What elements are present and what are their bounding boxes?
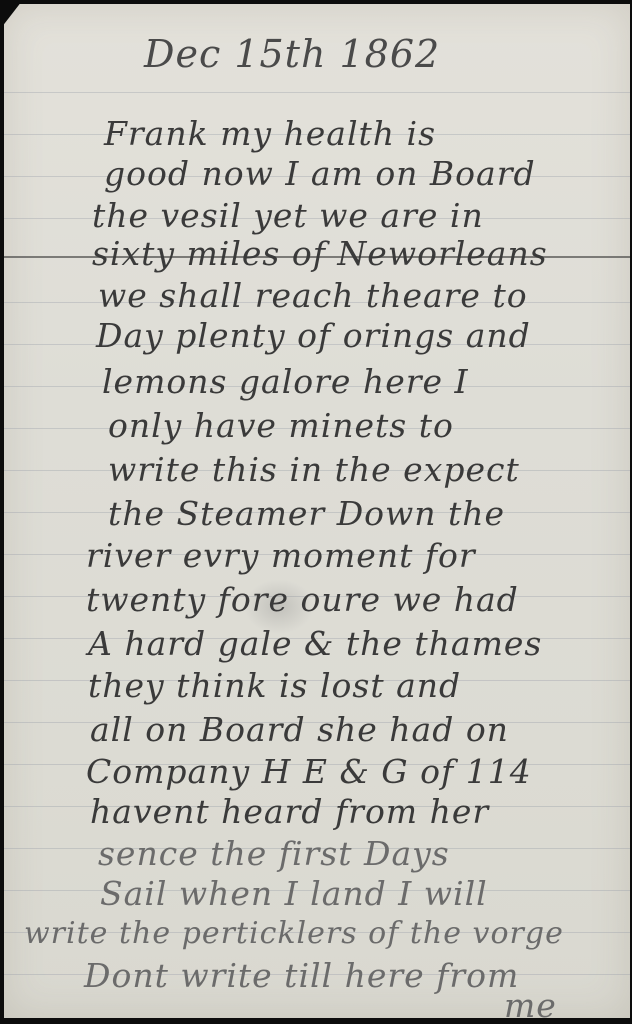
letter-line: they think is lost and	[88, 666, 461, 705]
letter-line: sixty miles of Neworleans	[92, 234, 548, 273]
ruled-line	[4, 92, 630, 93]
letter-line: Sail when I land I will	[100, 874, 488, 913]
letter-line: we shall reach theare to	[98, 276, 528, 315]
letter-line: me	[504, 986, 557, 1024]
letter-line: write this in the expect	[108, 450, 520, 489]
letter-line: Frank my health is	[104, 114, 436, 153]
letter-line: river evry moment for	[86, 536, 476, 575]
letter-line: write the perticklers of the vorge	[24, 916, 564, 951]
letter-page: Dec 15th 1862 Frank my health is good no…	[4, 4, 630, 1018]
letter-line: A hard gale & the thames	[88, 624, 542, 663]
letter-line: the Steamer Down the	[108, 494, 505, 533]
letter-line: all on Board she had on	[90, 710, 509, 749]
letter-line: Day plenty of orings and	[96, 316, 531, 355]
letter-line: lemons galore here I	[102, 362, 469, 401]
letter-date: Dec 15th 1862	[144, 32, 440, 76]
letter-line: Dont write till here from	[84, 956, 519, 995]
letter-line: havent heard from her	[90, 792, 489, 831]
letter-line: only have minets to	[108, 406, 454, 445]
letter-line: Company H E & G of 114	[86, 752, 532, 791]
letter-line: sence the first Days	[98, 834, 450, 873]
letter-line: good now I am on Board	[104, 154, 536, 193]
letter-line: the vesil yet we are in	[92, 196, 484, 235]
letter-line: twenty fore oure we had	[86, 580, 519, 619]
